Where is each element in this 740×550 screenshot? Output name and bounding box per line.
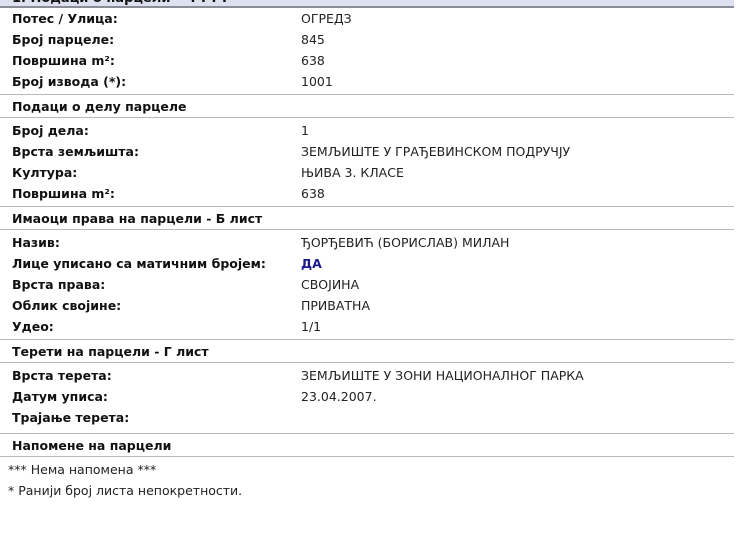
section-notes-title: Напомене на парцели <box>0 433 734 457</box>
value-owner-name: ЂОРЂЕВИЋ (БОРИСЛАВ) МИЛАН <box>289 235 509 250</box>
value-land-type: ЗЕМЉИШТЕ У ГРАЂЕВИНСКОМ ПОДРУЧЈУ <box>289 144 570 159</box>
label-burden-duration: Трајање терета: <box>0 410 289 425</box>
row-ownership-form: Облик својине: ПРИВАТНА <box>0 295 734 316</box>
value-street: ОГРЕДЗ <box>289 11 352 26</box>
section-header-title: 1. Подаци о парцели - ЧЧЧЧ <box>12 0 227 6</box>
parcel-sheet: Потес / Улица: ОГРЕДЗ Број парцеле: 845 … <box>0 8 734 501</box>
value-part-number: 1 <box>289 123 309 138</box>
section-owners-title: Имаоци права на парцели - Б лист <box>0 206 734 230</box>
row-burden-duration: Трајање терета: <box>0 407 734 428</box>
value-area: 638 <box>289 53 325 68</box>
row-registered-id: Лице уписано са матичним бројем: ДА <box>0 253 734 274</box>
label-culture: Култура: <box>0 165 289 180</box>
label-ownership-form: Облик својине: <box>0 298 289 313</box>
row-part-area: Површина m²: 638 <box>0 183 734 204</box>
label-share: Удео: <box>0 319 289 334</box>
row-land-type: Врста земљишта: ЗЕМЉИШТЕ У ГРАЂЕВИНСКОМ … <box>0 141 734 162</box>
label-extract-number: Број извода (*): <box>0 74 289 89</box>
label-part-number: Број дела: <box>0 123 289 138</box>
note-line: *** Нема напомена *** <box>0 459 734 480</box>
value-part-area: 638 <box>289 186 325 201</box>
value-burden-type: ЗЕМЉИШТЕ У ЗОНИ НАЦИОНАЛНОГ ПАРКА <box>289 368 584 383</box>
row-owner-name: Назив: ЂОРЂЕВИЋ (БОРИСЛАВ) МИЛАН <box>0 232 734 253</box>
label-burden-type: Врста терета: <box>0 368 289 383</box>
label-entry-date: Датум уписа: <box>0 389 289 404</box>
value-share: 1/1 <box>289 319 321 334</box>
row-area: Површина m²: 638 <box>0 50 734 71</box>
row-right-type: Врста права: СВОЈИНА <box>0 274 734 295</box>
section-header-bar: 1. Подаци о парцели - ЧЧЧЧ <box>0 0 734 8</box>
section-burdens-title: Терети на парцели - Г лист <box>0 339 734 363</box>
row-street: Потес / Улица: ОГРЕДЗ <box>0 8 734 29</box>
value-culture: ЊИВА 3. КЛАСЕ <box>289 165 404 180</box>
row-entry-date: Датум уписа: 23.04.2007. <box>0 386 734 407</box>
row-parcel-number: Број парцеле: 845 <box>0 29 734 50</box>
value-registered-id: ДА <box>289 256 322 271</box>
row-share: Удео: 1/1 <box>0 316 734 337</box>
value-extract-number: 1001 <box>289 74 333 89</box>
label-street: Потес / Улица: <box>0 11 289 26</box>
label-owner-name: Назив: <box>0 235 289 250</box>
label-right-type: Врста права: <box>0 277 289 292</box>
label-part-area: Површина m²: <box>0 186 289 201</box>
value-ownership-form: ПРИВАТНА <box>289 298 370 313</box>
row-extract-number: Број извода (*): 1001 <box>0 71 734 92</box>
label-area: Површина m²: <box>0 53 289 68</box>
value-entry-date: 23.04.2007. <box>289 389 377 404</box>
label-land-type: Врста земљишта: <box>0 144 289 159</box>
label-parcel-number: Број парцеле: <box>0 32 289 47</box>
value-right-type: СВОЈИНА <box>289 277 359 292</box>
label-registered-id: Лице уписано са матичним бројем: <box>0 256 289 271</box>
row-culture: Култура: ЊИВА 3. КЛАСЕ <box>0 162 734 183</box>
value-parcel-number: 845 <box>289 32 325 47</box>
row-burden-type: Врста терета: ЗЕМЉИШТЕ У ЗОНИ НАЦИОНАЛНО… <box>0 365 734 386</box>
row-part-number: Број дела: 1 <box>0 120 734 141</box>
section-part-title: Подаци о делу парцеле <box>0 94 734 118</box>
note-line: * Ранији број листа непокретности. <box>0 480 734 501</box>
